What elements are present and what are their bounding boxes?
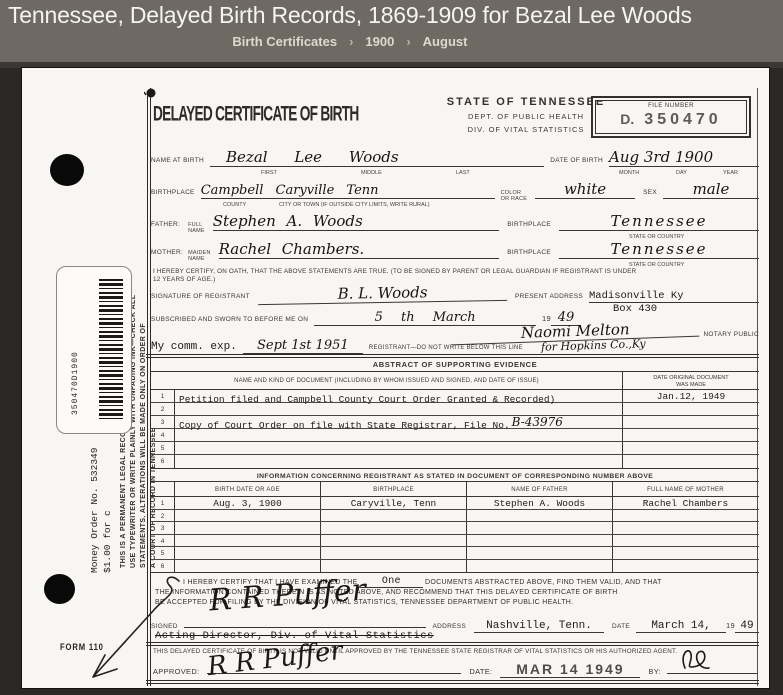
file-number-box: FILE NUMBER D.350470	[591, 96, 751, 138]
table-row: 2	[151, 510, 759, 523]
table-row: 4	[151, 429, 759, 442]
breadcrumb-separator-icon: ›	[349, 34, 353, 49]
barcode-sticker: 350470D1900	[56, 266, 132, 434]
table-row: 1 Aug. 3, 1900 Caryville, Tenn Stephen A…	[151, 497, 759, 510]
father-birthplace-value: Tennessee	[559, 212, 759, 231]
sworn-label: SUBSCRIBED AND SWORN TO BEFORE ME ON	[151, 316, 308, 323]
approved-date-label: DATE:	[469, 667, 492, 676]
mother-label: MOTHER:	[151, 249, 183, 256]
present-address-value: Madisonville Ky Box 430	[589, 290, 759, 315]
sex-value: male	[663, 180, 759, 199]
year-sublabel: YEAR	[723, 170, 738, 176]
date-of-birth-value: Aug 3rd 1900	[609, 148, 759, 167]
approval-date-stamp: MAR 14 1949	[500, 661, 640, 678]
registrant-info-table: BIRTH DATE OR AGE BIRTHPLACE NAME OF FAT…	[151, 482, 759, 573]
table-row: 3	[151, 522, 759, 535]
registrant-info-title: INFORMATION CONCERNING REGISTRANT AS STA…	[151, 468, 759, 482]
by-label: BY:	[648, 667, 661, 676]
section-divider	[146, 680, 759, 684]
table-row: 3 Copy of Court Order on file with State…	[151, 416, 759, 429]
file-number-prefix: D.	[620, 111, 634, 127]
table-row: 4	[151, 535, 759, 548]
father-label: FATHER:	[151, 221, 180, 228]
table-row: 6	[151, 560, 759, 573]
breadcrumb-item-collection[interactable]: Birth Certificates	[232, 34, 337, 49]
address-value: Nashville, Tenn.	[474, 620, 604, 633]
sex-label: SEX	[643, 189, 657, 196]
last-sublabel: LAST	[456, 170, 470, 176]
column-header: FULL NAME OF MOTHER	[613, 482, 758, 496]
breadcrumb-separator-icon: ›	[406, 34, 410, 49]
father-name-value: Stephen A. Woods	[213, 212, 500, 231]
address-label: ADDRESS	[432, 623, 466, 630]
county-sublabel: COUNTY	[223, 202, 246, 208]
form-row-mother: MOTHER: MAIDEN NAME Rachel Chambers. BIR…	[151, 240, 759, 262]
first-sublabel: FIRST	[261, 170, 277, 176]
mother-name-value: Rachel Chambers.	[219, 240, 500, 259]
barcode-label: 350470D1900	[71, 351, 80, 415]
year-prefix: 19	[726, 621, 735, 630]
notary-public-label: NOTARY PUBLIC	[703, 331, 759, 338]
mother-maidenname-label: MAIDEN NAME	[188, 250, 211, 262]
form-row-birthplace: BIRTHPLACE Campbell Caryville Tenn COLOR…	[151, 180, 759, 202]
date-value: March 14,	[636, 620, 726, 633]
race-label: COLOR OR RACE	[501, 190, 527, 202]
birthplace-label: BIRTHPLACE	[151, 189, 195, 196]
document-count: One	[360, 576, 423, 588]
signature-of-registrant-label: SIGNATURE OF REGISTRANT	[151, 293, 250, 300]
page-title: Tennessee, Delayed Birth Records, 1869-1…	[8, 2, 692, 29]
mother-birthplace-label: BIRTHPLACE	[507, 249, 551, 256]
oath-text: I HEREBY CERTIFY, ON OATH, THAT THE ABOV…	[153, 268, 753, 284]
name-at-birth-value: Bezal Lee Woods	[210, 148, 544, 167]
race-value: white	[535, 180, 635, 199]
table-row: 2	[151, 403, 759, 416]
present-address-label: PRESENT ADDRESS	[515, 293, 583, 300]
header-inner: Tennessee, Delayed Birth Records, 1869-1…	[8, 2, 692, 49]
abstract-title: ABSTRACT OF SUPPORTING EVIDENCE	[151, 360, 759, 369]
table-row: 1 Petition filed and Campbell County Cou…	[151, 390, 759, 403]
year-value: 49	[735, 620, 759, 633]
page-header: Tennessee, Delayed Birth Records, 1869-1…	[0, 0, 783, 62]
section-divider	[146, 642, 759, 646]
no-write-label: REGISTRANT—DO NOT WRITE BELOW THIS LINE	[369, 345, 523, 351]
file-number-value: 350470	[644, 111, 721, 128]
middle-sublabel: MIDDLE	[361, 170, 382, 176]
father-fullname-label: FULL NAME	[188, 222, 205, 234]
approver-initials-signature	[675, 644, 715, 674]
document-scan: THIS IS A PERMANENT LEGAL RECORD USE TYP…	[22, 68, 769, 688]
section-divider	[146, 354, 759, 358]
record-page: Tennessee, Delayed Birth Records, 1869-1…	[0, 0, 783, 695]
date-column-header: DATE ORIGINAL DOCUMENT WAS MADE	[623, 372, 759, 389]
barcode	[99, 279, 123, 421]
father-birthplace-label: BIRTHPLACE	[507, 221, 551, 228]
registrant-table-header: BIRTH DATE OR AGE BIRTHPLACE NAME OF FAT…	[151, 482, 759, 497]
name-at-birth-label: NAME AT BIRTH	[151, 157, 204, 164]
commission-expiry-value: Sept 1st 1951	[243, 338, 363, 354]
commission-label: My comm. exp.	[151, 341, 237, 353]
column-header: BIRTH DATE OR AGE	[175, 482, 321, 496]
file-number-label: FILE NUMBER	[593, 103, 749, 109]
month-sublabel: MONTH	[619, 170, 639, 176]
breadcrumb-item-year[interactable]: 1900	[365, 34, 394, 49]
breadcrumb: Birth Certificates›1900›August	[8, 34, 692, 49]
form-row-name: NAME AT BIRTH Bezal Lee Woods DATE OF BI…	[151, 148, 759, 167]
city-sublabel: CITY OR TOWN (IF OUTSIDE CITY LIMITS, WR…	[279, 202, 430, 208]
form-title: DELAYED CERTIFICATE OF BIRTH	[153, 103, 359, 128]
table-row: 5	[151, 442, 759, 455]
day-sublabel: DAY	[676, 170, 687, 176]
date-label: DATE	[612, 623, 630, 630]
birthplace-value: Campbell Caryville Tenn	[201, 183, 495, 199]
certificate-form: DELAYED CERTIFICATE OF BIRTH STATE OF TE…	[150, 88, 758, 686]
column-header: BIRTHPLACE	[321, 482, 467, 496]
registrant-signature: B. L. Woods	[258, 282, 507, 305]
pen-doodle	[67, 571, 197, 689]
table-row: 6	[151, 455, 759, 468]
breadcrumb-item-month[interactable]: August	[423, 34, 468, 49]
form-row-father: FATHER: FULL NAME Stephen A. Woods BIRTH…	[151, 212, 759, 234]
notary-county-note: for Hopkins Co.,Ky	[541, 337, 646, 354]
abstract-table: NAME AND KIND OF DOCUMENT (INCLUDING BY …	[151, 371, 759, 469]
form-row-signature: SIGNATURE OF REGISTRANT B. L. Woods PRES…	[151, 284, 759, 304]
column-header: NAME OF FATHER	[467, 482, 613, 496]
mother-birthplace-value: Tennessee	[559, 240, 759, 259]
hole-punch-icon	[50, 154, 84, 186]
by-line	[667, 660, 757, 674]
date-of-birth-label: DATE OF BIRTH	[550, 157, 603, 164]
image-viewer[interactable]: THIS IS A PERMANENT LEGAL RECORD USE TYP…	[0, 62, 783, 695]
table-row: 5	[151, 547, 759, 560]
document-column-header: NAME AND KIND OF DOCUMENT (INCLUDING BY …	[151, 372, 623, 389]
abstract-table-header: NAME AND KIND OF DOCUMENT (INCLUDING BY …	[151, 372, 759, 390]
form-row-commission: My comm. exp. Sept 1st 1951 REGISTRANT—D…	[151, 338, 759, 354]
file-number-stamp: D.350470	[593, 111, 749, 129]
